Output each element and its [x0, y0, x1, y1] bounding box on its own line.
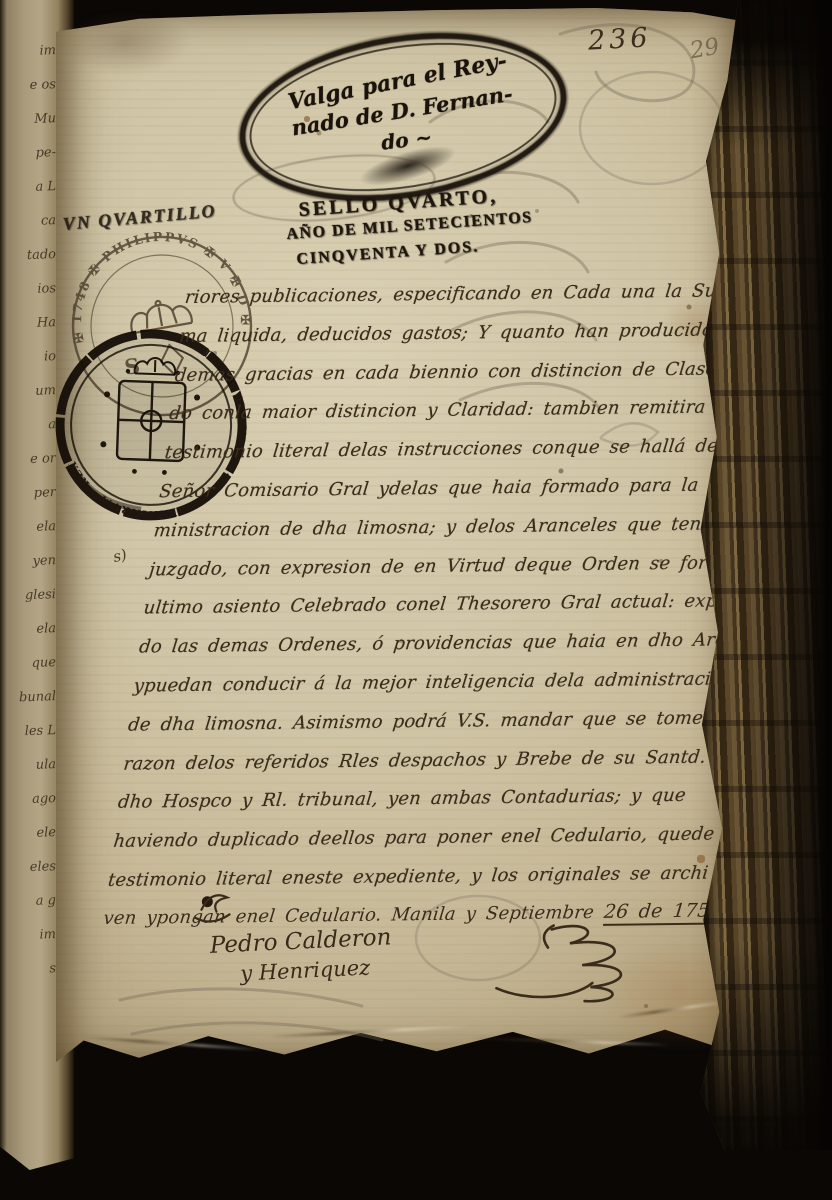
ferdinand-vi-seal: FERDINANDVS · VI · D · G · HISPANIARVM ·…	[43, 322, 264, 531]
facing-page-text-fragment: a g	[4, 893, 56, 910]
facing-page-text-fragment: ca	[4, 213, 56, 230]
facing-page-text-fragment: ago	[4, 791, 56, 808]
facing-page-text-fragment: s	[4, 961, 56, 978]
folio-number-pencil: 29	[688, 34, 721, 65]
facing-page-text-fragment: les L	[4, 723, 56, 740]
facing-page-text-fragment: que	[4, 655, 56, 672]
paper-speckles	[0, 0, 2, 2]
manuscript-photo: ime osMupe-a LcatadoiosHaioumae orperela…	[0, 0, 832, 1200]
facing-page-text-fragment: im	[4, 927, 56, 944]
facing-page-text-fragment: pe-	[4, 145, 56, 162]
facing-page-text-fragment: im	[4, 43, 56, 60]
facing-page-text-fragment: ula	[4, 757, 56, 774]
facing-page-text-fragment: bunal	[4, 689, 56, 706]
facing-page-text-fragment: ela	[4, 621, 56, 638]
facing-page-text-fragment: yen	[4, 553, 56, 570]
facing-page-text-fragment: glesi	[4, 587, 56, 604]
folio-number-ink: 236	[587, 22, 652, 56]
facing-page-text-fragment: ios	[4, 281, 56, 298]
facing-page-text-fragment: ele	[4, 825, 56, 842]
manuscript-lines: riores publicaciones, especificando en C…	[0, 0, 828, 2]
book-fore-edge	[698, 0, 832, 1150]
facing-page-text-fragment: e os	[4, 77, 56, 94]
facing-page-text-fragment: eles	[4, 859, 56, 876]
facing-page-text-fragment: a L	[4, 179, 56, 196]
facing-page-text-fragment: Mu	[4, 111, 56, 128]
